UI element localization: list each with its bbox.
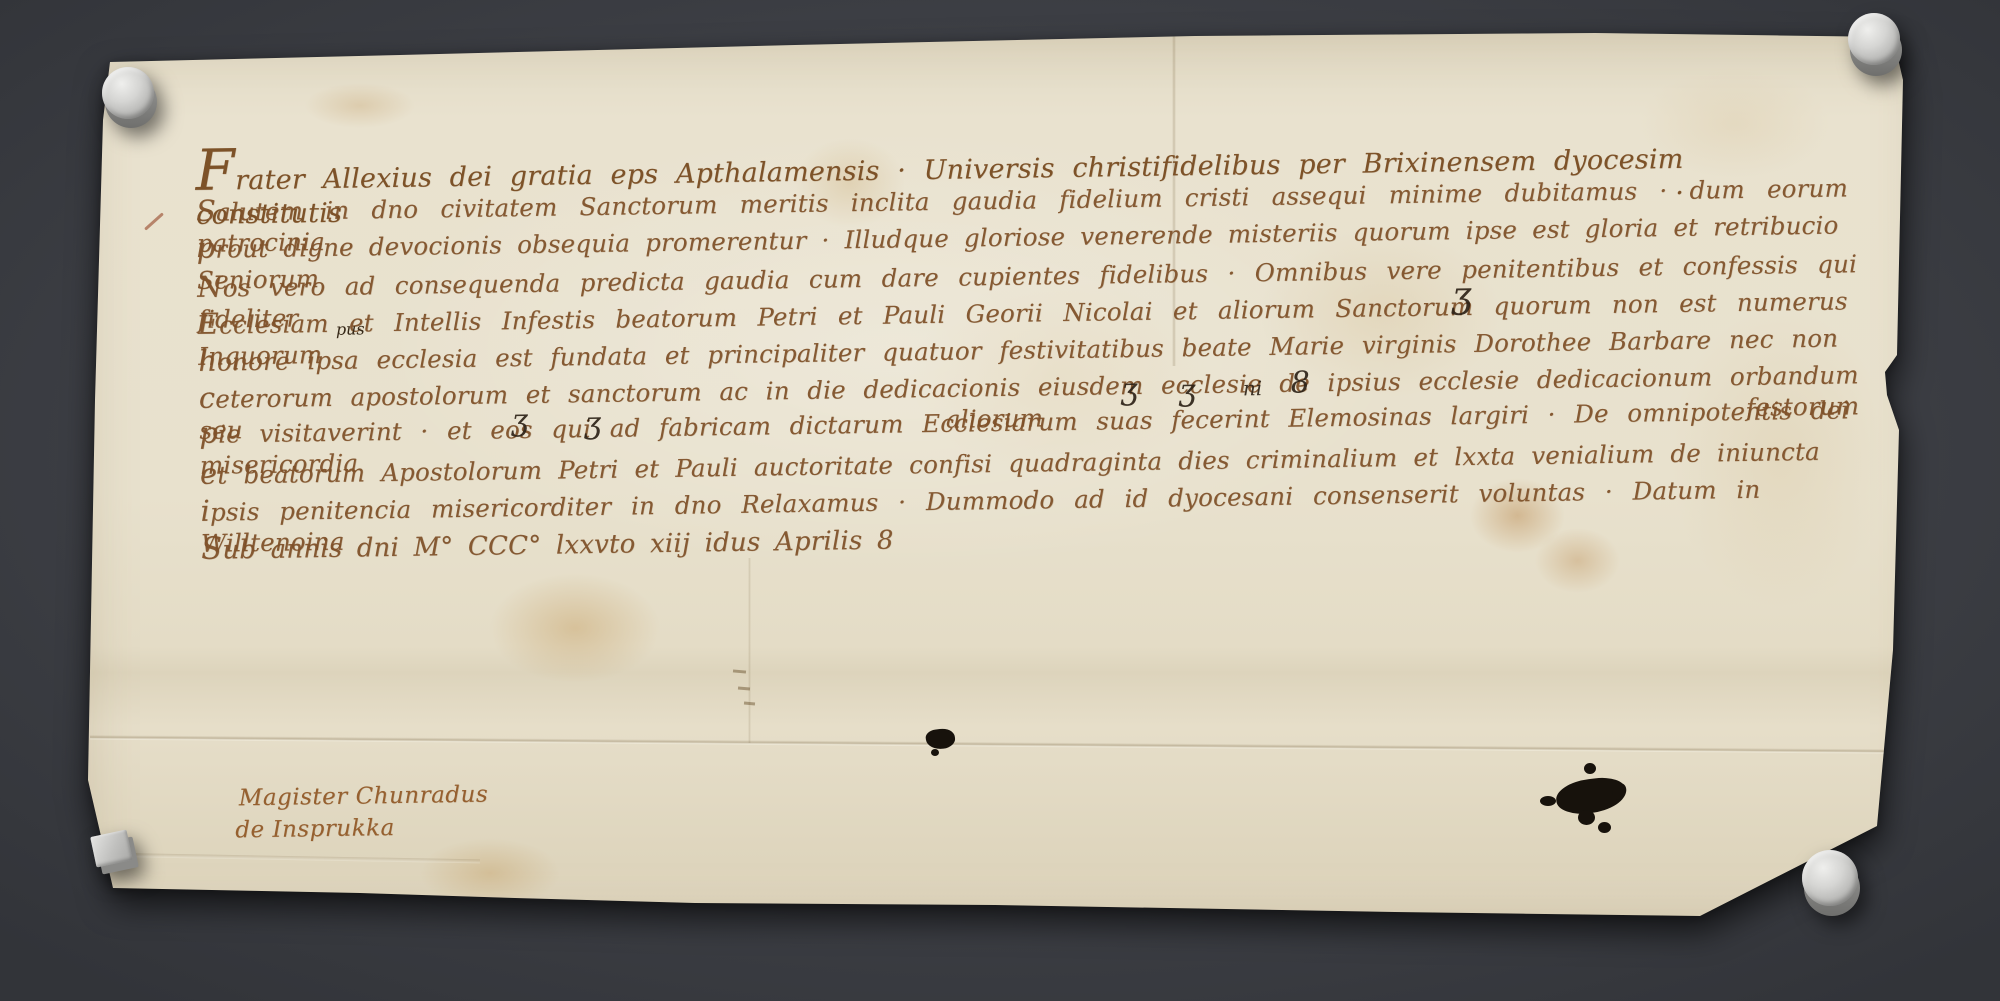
signature-line-1: Magister Chunradus — [239, 782, 489, 812]
disc-face — [1802, 850, 1858, 906]
dark-abbreviation-mark: 8 — [1291, 365, 1311, 400]
disc-face — [1848, 13, 1900, 65]
metal-disc-weight-top-right — [1847, 13, 1905, 77]
dark-abbreviation-mark: ʒ — [584, 406, 601, 441]
dark-abbreviation-mark: ʒ — [1451, 275, 1472, 316]
dark-abbreviation-mark: ʒ — [1121, 372, 1138, 407]
metal-disc-weight-bottom-right — [1802, 850, 1864, 918]
dark-abbreviation-mark: ʒ — [511, 403, 528, 438]
metal-cube-weight-bottom-left — [92, 832, 142, 880]
disc-face — [102, 67, 154, 119]
handwriting-layer: Frater Allexius dei gratia eps Apthalame… — [0, 0, 2000, 1001]
dark-abbreviation-mark: ʒ — [1179, 373, 1196, 408]
interlinear-note: pus — [336, 319, 365, 338]
dark-abbreviation-mark: ni — [1243, 376, 1263, 400]
photo-background: Frater Allexius dei gratia eps Apthalame… — [0, 0, 2000, 1001]
metal-disc-weight-top-left — [102, 67, 160, 129]
signature-line-2: de Insprukka — [235, 815, 395, 843]
